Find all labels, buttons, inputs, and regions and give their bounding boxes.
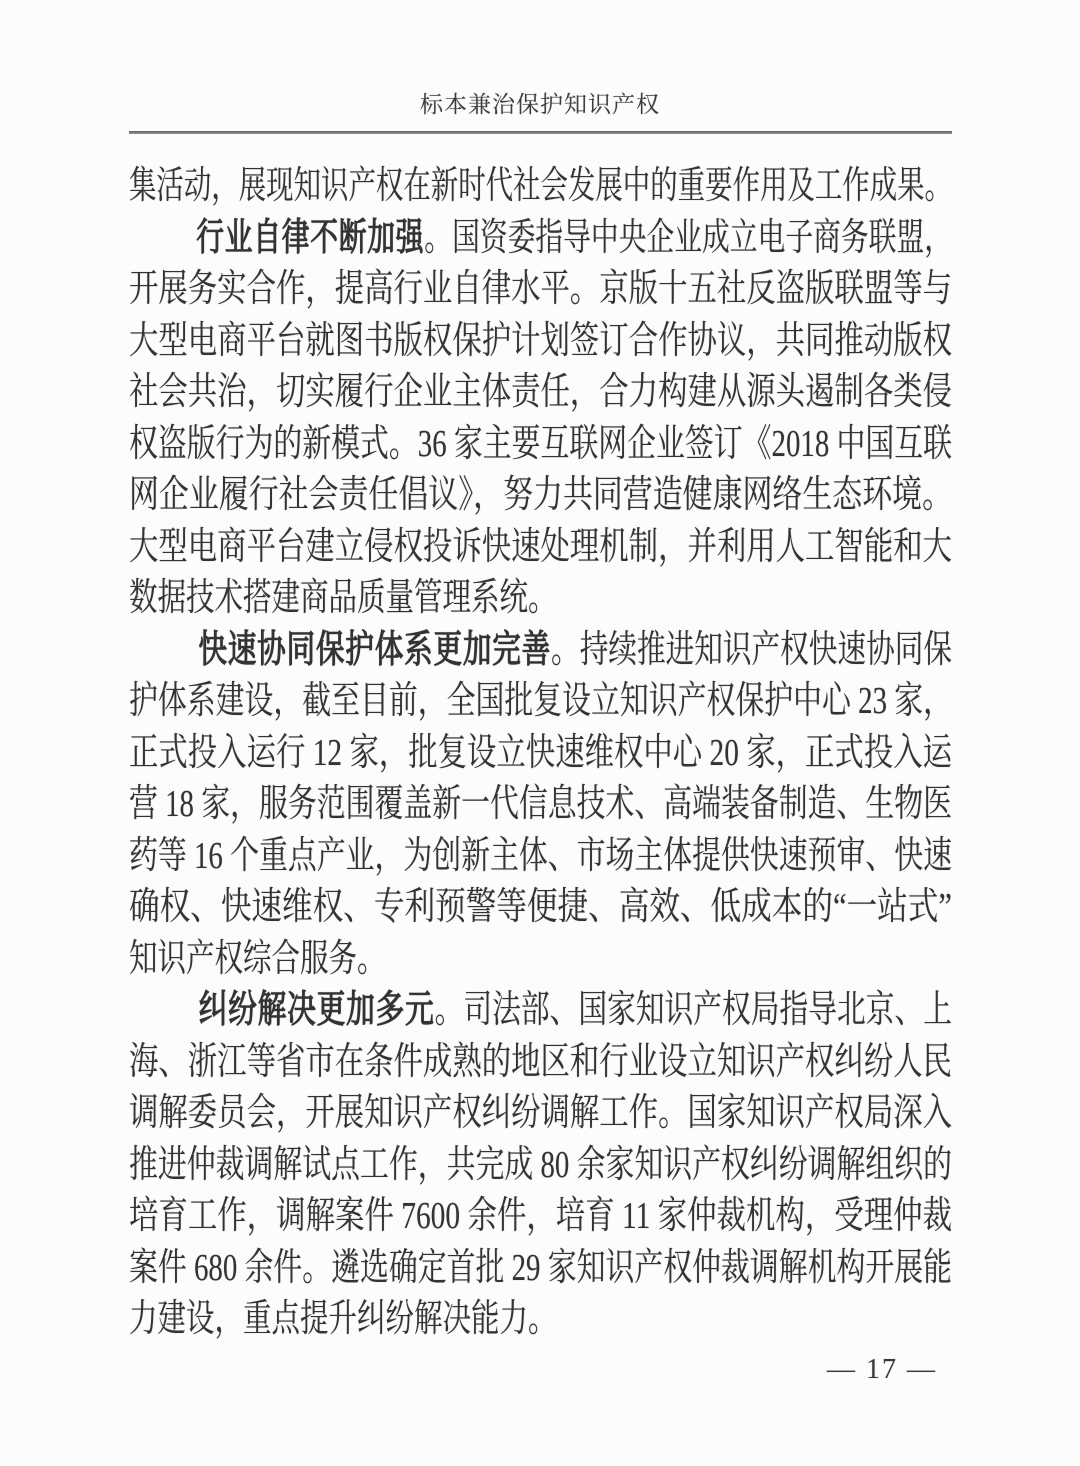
body-line: 药等 16 个重点产业，为创新主体、市场主体提供快速预审、快速 bbox=[129, 831, 952, 883]
body-line: 数据技术搭建商品质量管理系统。 bbox=[129, 573, 952, 625]
line-text: 。国资委指导中央企业成立电子商务联盟， bbox=[424, 217, 952, 259]
body-line: 知识产权综合服务。 bbox=[129, 934, 952, 986]
line-text: 培育工作，调解案件 7600 余件，培育 11 家仲裁机构，受理仲裁 bbox=[129, 1195, 952, 1237]
running-head-title: 标本兼治保护知识产权 bbox=[0, 86, 1080, 119]
line-text: 推进仲裁调解试点工作，共完成 80 余家知识产权纠纷调解组织的 bbox=[129, 1144, 952, 1186]
paragraph-lead: 快速协同保护体系更加完善 bbox=[198, 629, 551, 671]
body-text: 集活动，展现知识产权在新时代社会发展中的重要作用及工作成果。行业自律不断加强。国… bbox=[129, 161, 952, 1346]
body-line: 案件 680 余件。遴选确定首批 29 家知识产权仲裁调解机构开展能 bbox=[129, 1243, 952, 1295]
body-line: 行业自律不断加强。国资委指导中央企业成立电子商务联盟， bbox=[129, 213, 952, 265]
body-line: 护体系建设，截至目前，全国批复设立知识产权保护中心 23 家， bbox=[129, 676, 952, 728]
body-line: 力建设，重点提升纠纷解决能力。 bbox=[129, 1294, 952, 1346]
line-text: 集活动，展现知识产权在新时代社会发展中的重要作用及工作成果。 bbox=[129, 165, 952, 207]
body-line: 大型电商平台就图书版权保护计划签订合作协议，共同推动版权 bbox=[129, 316, 952, 368]
body-line: 培育工作，调解案件 7600 余件，培育 11 家仲裁机构，受理仲裁 bbox=[129, 1191, 952, 1243]
line-text: 护体系建设，截至目前，全国批复设立知识产权保护中心 23 家， bbox=[129, 680, 952, 722]
paragraph-indent bbox=[129, 1021, 199, 1022]
body-line: 调解委员会，开展知识产权纠纷调解工作。国家知识产权局深入 bbox=[129, 1088, 952, 1140]
line-text: 营 18 家，服务范围覆盖新一代信息技术、高端装备制造、生物医 bbox=[129, 783, 952, 825]
line-text: 调解委员会，开展知识产权纠纷调解工作。国家知识产权局深入 bbox=[129, 1092, 952, 1134]
line-text: 正式投入运行 12 家，批复设立快速维权中心 20 家，正式投入运 bbox=[129, 732, 952, 774]
body-line: 纠纷解决更加多元。司法部、国家知识产权局指导北京、上 bbox=[129, 985, 952, 1037]
body-line: 推进仲裁调解试点工作，共完成 80 余家知识产权纠纷调解组织的 bbox=[129, 1140, 952, 1192]
line-text: 知识产权综合服务。 bbox=[129, 938, 386, 980]
body-line: 大型电商平台建立侵权投诉快速处理机制，并利用人工智能和大 bbox=[129, 522, 952, 574]
line-text: 开展务实合作，提高行业自律水平。京版十五社反盗版联盟等与 bbox=[129, 268, 952, 310]
line-text: 确权、快速维权、专利预警等便捷、高效、低成本的“一站式” bbox=[129, 886, 952, 928]
body-line: 集活动，展现知识产权在新时代社会发展中的重要作用及工作成果。 bbox=[129, 161, 952, 213]
line-text: 药等 16 个重点产业，为创新主体、市场主体提供快速预审、快速 bbox=[129, 835, 952, 877]
paragraph-lead: 纠纷解决更加多元 bbox=[199, 989, 435, 1031]
body-line: 网企业履行社会责任倡议》，努力共同营造健康网络生态环境。 bbox=[129, 470, 952, 522]
page-number: — 17 — bbox=[827, 1354, 937, 1386]
line-text: 。持续推进知识产权快速协同保 bbox=[551, 629, 952, 671]
body-line: 快速协同保护体系更加完善。持续推进知识产权快速协同保 bbox=[129, 625, 952, 677]
paragraph-indent bbox=[129, 249, 196, 250]
paragraph-indent bbox=[129, 661, 198, 662]
header-rule bbox=[129, 131, 952, 134]
line-text: 大型电商平台就图书版权保护计划签订合作协议，共同推动版权 bbox=[129, 320, 952, 362]
body-line: 营 18 家，服务范围覆盖新一代信息技术、高端装备制造、生物医 bbox=[129, 779, 952, 831]
body-line: 确权、快速维权、专利预警等便捷、高效、低成本的“一站式” bbox=[129, 882, 952, 934]
line-text: 。司法部、国家知识产权局指导北京、上 bbox=[435, 989, 952, 1031]
line-text: 数据技术搭建商品质量管理系统。 bbox=[129, 577, 557, 619]
paragraph-lead: 行业自律不断加强 bbox=[196, 217, 424, 259]
body-line: 海、浙江等省市在条件成熟的地区和行业设立知识产权纠纷人民 bbox=[129, 1037, 952, 1089]
line-text: 力建设，重点提升纠纷解决能力。 bbox=[129, 1298, 557, 1340]
line-text: 大型电商平台建立侵权投诉快速处理机制，并利用人工智能和大 bbox=[129, 526, 952, 568]
line-text: 社会共治，切实履行企业主体责任，合力构建从源头遏制各类侵 bbox=[129, 371, 952, 413]
line-text: 案件 680 余件。遴选确定首批 29 家知识产权仲裁调解机构开展能 bbox=[129, 1247, 952, 1289]
line-text: 网企业履行社会责任倡议》，努力共同营造健康网络生态环境。 bbox=[129, 474, 952, 516]
document-page: 标本兼治保护知识产权 集活动，展现知识产权在新时代社会发展中的重要作用及工作成果… bbox=[0, 0, 1080, 1466]
body-line: 权盗版行为的新模式。36 家主要互联网企业签订《2018 中国互联 bbox=[129, 419, 952, 471]
body-line: 正式投入运行 12 家，批复设立快速维权中心 20 家，正式投入运 bbox=[129, 728, 952, 780]
body-line: 开展务实合作，提高行业自律水平。京版十五社反盗版联盟等与 bbox=[129, 264, 952, 316]
line-text: 海、浙江等省市在条件成熟的地区和行业设立知识产权纠纷人民 bbox=[129, 1041, 952, 1083]
body-line: 社会共治，切实履行企业主体责任，合力构建从源头遏制各类侵 bbox=[129, 367, 952, 419]
line-text: 权盗版行为的新模式。36 家主要互联网企业签订《2018 中国互联 bbox=[129, 423, 952, 465]
